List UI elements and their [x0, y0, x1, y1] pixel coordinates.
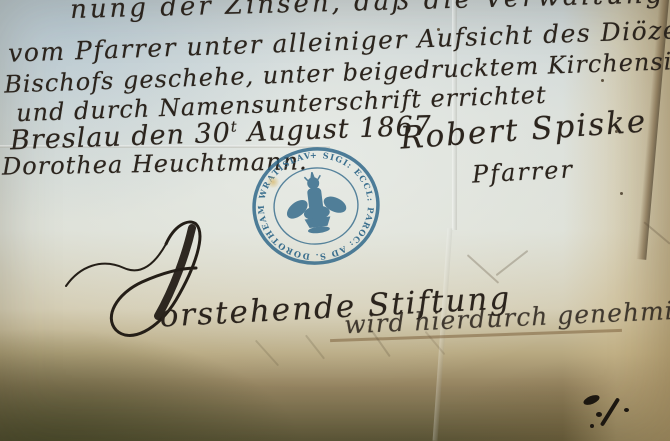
- ink-dot: [596, 412, 602, 417]
- paper-speck: [437, 28, 440, 31]
- paper-speck: [620, 192, 623, 195]
- seal-emblem-saint-figure-icon: [279, 168, 352, 237]
- ink-blot-mark-icon: [582, 393, 601, 407]
- document-photo: nung der Zinsen, daß die Verwaltung stet…: [0, 0, 670, 441]
- ink-dot: [624, 408, 629, 412]
- church-seal-stamp: + SIGI: ECCL: PAROC: AD S. DOROTHEAM WRA…: [241, 136, 391, 276]
- bleed-mark: [255, 340, 279, 367]
- church-seal-svg: + SIGI: ECCL: PAROC: AD S. DOROTHEAM WRA…: [241, 136, 391, 276]
- signature-title-pfarrer: Pfarrer: [471, 155, 574, 188]
- bleed-mark: [643, 221, 670, 244]
- paper-speck: [601, 79, 604, 82]
- bleed-mark: [467, 254, 500, 284]
- bleed-mark: [496, 250, 529, 276]
- ink-dot: [590, 424, 594, 428]
- bleed-mark: [305, 335, 325, 360]
- paper-speck: [615, 130, 618, 133]
- yellow-stain-spot: [266, 176, 280, 188]
- ink-slash-mark-icon: [600, 397, 620, 426]
